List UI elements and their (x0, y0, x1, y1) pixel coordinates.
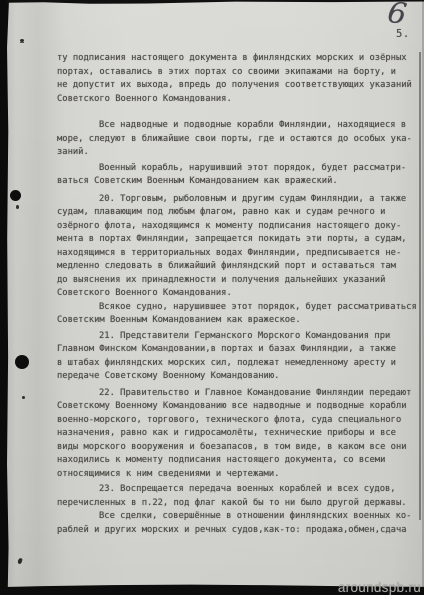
scan-edge-left (0, 0, 9, 595)
scanned-document-page: 6 5. ту подписания настоящего документа … (0, 0, 424, 595)
watermark: aroundspb.ru (338, 580, 421, 595)
paragraph: Военный корабль, нарушивший этот порядок… (57, 162, 421, 189)
ink-speck (20, 39, 24, 42)
scan-edge-top (6, 0, 424, 4)
paragraph: Всякое судно, нарушившее этот порядок, б… (57, 301, 421, 328)
paragraph-item-22: 22. Правительство и Главное Командование… (57, 387, 421, 482)
document-text: ту подписания настоящего документа в фин… (57, 52, 421, 537)
handwritten-folio-number: 6 (385, 0, 409, 31)
punch-hole (15, 355, 29, 369)
paragraph-item-23: 23. Воспрещается передача военных корабл… (57, 483, 421, 510)
paragraph-item-21: 21. Представители Германского Морского К… (57, 330, 421, 384)
page-number: 5. (396, 28, 410, 40)
paragraph: Все надводные и подводные корабли Финлян… (57, 119, 421, 160)
paragraph: ту подписания настоящего документа в фин… (57, 52, 421, 106)
ink-speck (17, 558, 23, 565)
paragraph: Все сделки, совершённые в отношении финл… (57, 510, 421, 537)
punch-hole (10, 190, 21, 201)
paragraph-item-20: 20. Торговым, рыболовным и другим судам … (57, 193, 421, 301)
ink-speck (22, 396, 25, 399)
ink-speck (16, 205, 19, 209)
